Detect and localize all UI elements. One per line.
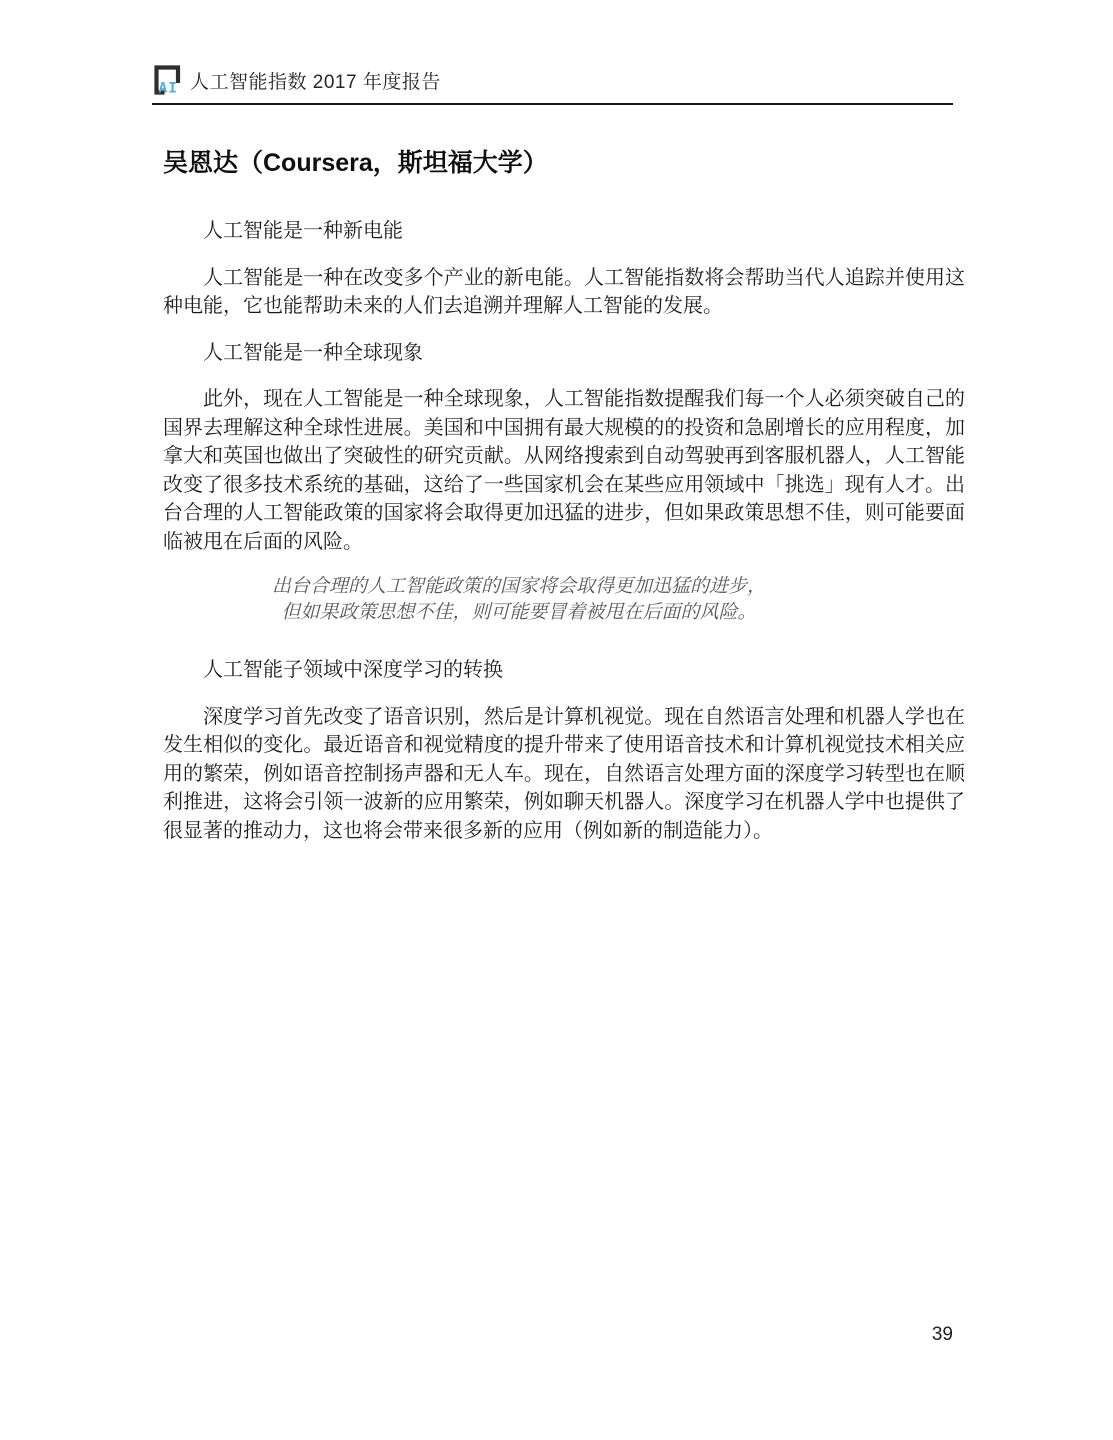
section-paragraph-global-phenomenon: 此外，现在人工智能是一种全球现象，人工智能指数提醒我们每一个人必须突破自己的国界… (163, 385, 965, 556)
page-title: 吴恩达（Coursera，斯坦福大学） (163, 146, 548, 180)
report-header: AI 人工智能指数 2017 年度报告 (154, 65, 441, 95)
header-divider (152, 103, 953, 105)
page-number: 39 (152, 1324, 953, 1346)
ai-index-logo-icon: AI (154, 65, 181, 95)
pull-quote-line-1: 出台合理的人工智能政策的国家将会取得更加迅猛的进步， (163, 574, 875, 600)
pull-quote-line-2: 但如果政策思想不佳，则可能要冒着被甩在后面的风险。 (163, 600, 875, 626)
document-page: AI 人工智能指数 2017 年度报告 吴恩达（Coursera，斯坦福大学） … (0, 0, 1113, 1440)
pull-quote: 出台合理的人工智能政策的国家将会取得更加迅猛的进步， 但如果政策思想不佳，则可能… (163, 574, 965, 626)
section-heading-deep-learning-shift: 人工智能子领域中深度学习的转换 (163, 656, 965, 685)
report-header-title: 人工智能指数 2017 年度报告 (190, 72, 441, 95)
section-heading-new-electricity: 人工智能是一种新电能 (163, 217, 965, 246)
section-paragraph-deep-learning-shift: 深度学习首先改变了语音识别，然后是计算机视觉。现在自然语言处理和机器人学也在发生… (163, 703, 965, 846)
section-heading-global-phenomenon: 人工智能是一种全球现象 (163, 339, 965, 368)
section-paragraph-new-electricity: 人工智能是一种在改变多个产业的新电能。人工智能指数将会帮助当代人追踪并使用这种电… (163, 264, 965, 321)
page-content: 人工智能是一种新电能 人工智能是一种在改变多个产业的新电能。人工智能指数将会帮助… (163, 217, 965, 845)
logo-ai-text: AI (159, 81, 178, 96)
